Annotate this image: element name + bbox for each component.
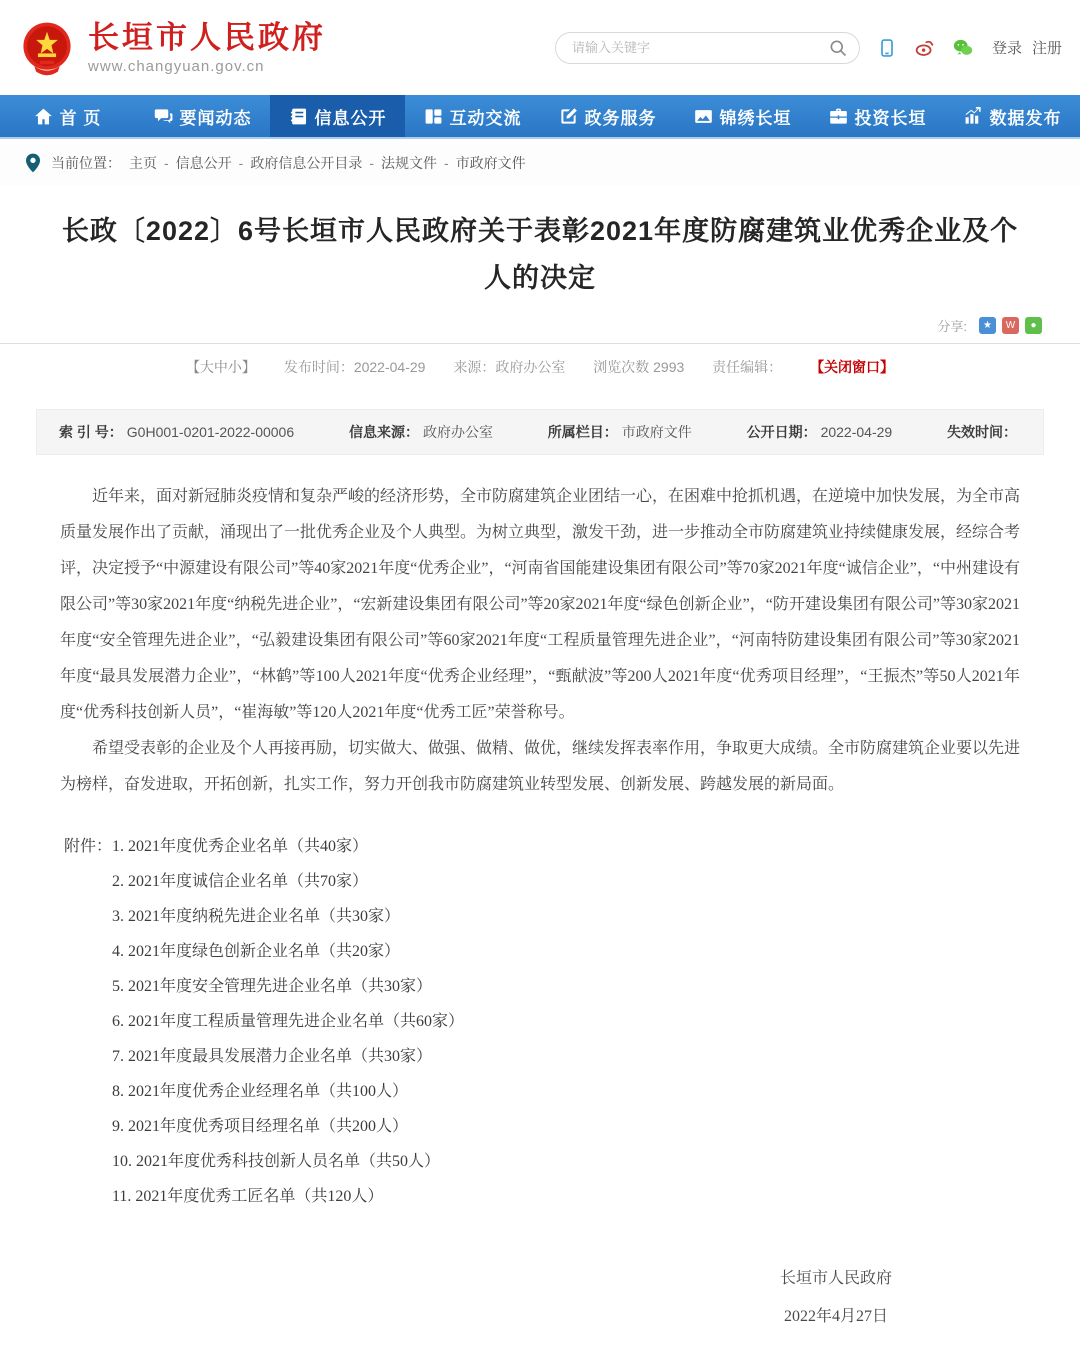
site-url: www.changyuan.gov.cn bbox=[88, 58, 326, 75]
breadcrumb-city-gov-docs[interactable]: 市政府文件 bbox=[456, 153, 526, 173]
briefcase-icon bbox=[829, 107, 848, 126]
expire-date: 失效时间： bbox=[947, 422, 1021, 442]
attachment-item-7[interactable]: 7. 2021年度最具发展潜力企业名单（共30家） bbox=[112, 1039, 464, 1074]
article-meta-bar: 【大中小】 发布时间：2022-04-29 来源：政府办公室 浏览次数 2993… bbox=[0, 343, 1080, 389]
attachments-label: 附件： bbox=[64, 829, 112, 1214]
attachment-item-5[interactable]: 5. 2021年度安全管理先进企业名单（共30家） bbox=[112, 969, 464, 1004]
search-icon[interactable] bbox=[827, 37, 849, 59]
attachment-item-1[interactable]: 1. 2021年度优秀企业名单（共40家） bbox=[112, 829, 464, 864]
national-emblem-icon bbox=[18, 19, 76, 77]
breadcrumb-label: 当前位置： bbox=[51, 153, 121, 173]
paragraph-2: 希望受表彰的企业及个人再接再励，切实做大、做强、做精、做优，继续发挥表率作用，争… bbox=[60, 731, 1020, 803]
breadcrumb-separator: - bbox=[369, 155, 374, 171]
home-icon bbox=[34, 107, 53, 126]
nav-label: 信息公开 bbox=[315, 104, 387, 129]
attachment-item-2[interactable]: 2. 2021年度诚信企业名单（共70家） bbox=[112, 864, 464, 899]
wechat-icon[interactable] bbox=[952, 37, 974, 59]
speech-bubbles-icon bbox=[154, 107, 173, 126]
breadcrumb-home[interactable]: 主页 bbox=[129, 153, 157, 173]
index-number: 索 引 号：G0H001-0201-2022-00006 bbox=[59, 422, 294, 442]
attachments-list: 1. 2021年度优秀企业名单（共40家） 2. 2021年度诚信企业名单（共7… bbox=[112, 829, 464, 1214]
picture-icon bbox=[694, 107, 713, 126]
login-link[interactable]: 登录 bbox=[992, 40, 1022, 57]
document-index-bar: 索 引 号：G0H001-0201-2022-00006 信息来源：政府办公室 … bbox=[36, 409, 1044, 455]
info-source: 信息来源：政府办公室 bbox=[349, 422, 493, 442]
signature-date: 2022年4月27日 bbox=[780, 1298, 892, 1336]
share-weibo-icon[interactable]: W bbox=[1002, 317, 1019, 334]
nav-label: 要闻动态 bbox=[180, 104, 252, 129]
nav-item-interaction[interactable]: 互动交流 bbox=[405, 95, 540, 137]
attachments-section: 附件： 1. 2021年度优秀企业名单（共40家） 2. 2021年度诚信企业名… bbox=[0, 803, 1080, 1214]
signature-org: 长垣市人民政府 bbox=[780, 1260, 892, 1298]
breadcrumb: 当前位置： 主页 - 信息公开 - 政府信息公开目录 - 法规文件 - 市政府文… bbox=[0, 139, 1080, 186]
share-label: 分享: bbox=[937, 316, 967, 335]
site-name: 长垣市人民政府 bbox=[88, 21, 326, 55]
attachment-item-11[interactable]: 11. 2021年度优秀工匠名单（共120人） bbox=[112, 1179, 464, 1214]
mobile-version-icon[interactable] bbox=[876, 37, 898, 59]
signature-block: 长垣市人民政府 2022年4月27日 bbox=[0, 1214, 1080, 1362]
location-pin-icon bbox=[25, 153, 41, 173]
page-title: 长政〔2022〕6号长垣市人民政府关于表彰2021年度防腐建筑业优秀企业及个人的… bbox=[0, 186, 1080, 302]
breadcrumb-separator: - bbox=[239, 155, 244, 171]
nav-item-info-disclosure[interactable]: 信息公开 bbox=[270, 95, 405, 137]
site-header: 长垣市人民政府 www.changyuan.gov.cn bbox=[0, 0, 1080, 95]
breadcrumb-catalog[interactable]: 政府信息公开目录 bbox=[250, 153, 362, 173]
nav-item-invest-changyuan[interactable]: 投资长垣 bbox=[810, 95, 945, 137]
search-box bbox=[555, 32, 860, 64]
publish-time: 发布时间：2022-04-29 bbox=[284, 359, 426, 375]
nav-item-gov-services[interactable]: 政务服务 bbox=[540, 95, 675, 137]
share-wechat-icon[interactable]: ● bbox=[1025, 317, 1042, 334]
attachment-item-6[interactable]: 6. 2021年度工程质量管理先进企业名单（共60家） bbox=[112, 1004, 464, 1039]
nav-item-data-release[interactable]: 数据发布 bbox=[945, 95, 1080, 137]
nav-item-news[interactable]: 要闻动态 bbox=[135, 95, 270, 137]
share-row: 分享: ★ W ● bbox=[0, 302, 1080, 343]
edit-square-icon bbox=[559, 107, 578, 126]
source: 来源：政府办公室 bbox=[453, 359, 565, 375]
nav-label: 锦绣长垣 bbox=[720, 104, 792, 129]
nav-item-home[interactable]: 首 页 bbox=[0, 95, 135, 137]
nav-label: 互动交流 bbox=[450, 104, 522, 129]
nav-label: 首 页 bbox=[60, 104, 102, 129]
document-body: 近年来，面对新冠肺炎疫情和复杂严峻的经济形势，全市防腐建筑企业团结一心，在困难中… bbox=[0, 455, 1080, 803]
breadcrumb-separator: - bbox=[164, 155, 169, 171]
close-window-button[interactable]: 【关闭窗口】 bbox=[810, 359, 894, 375]
page: 长垣市人民政府 www.changyuan.gov.cn bbox=[0, 0, 1080, 1362]
publish-date: 公开日期：2022-04-29 bbox=[747, 422, 893, 442]
attachment-item-9[interactable]: 9. 2021年度优秀项目经理名单（共200人） bbox=[112, 1109, 464, 1144]
nav-item-splendid-changyuan[interactable]: 锦绣长垣 bbox=[675, 95, 810, 137]
chart-icon bbox=[964, 107, 983, 126]
register-link[interactable]: 注册 bbox=[1032, 40, 1062, 57]
editor: 责任编辑： bbox=[712, 359, 782, 375]
view-count: 浏览次数 2993 bbox=[593, 359, 684, 375]
search-input[interactable] bbox=[572, 40, 827, 55]
attachment-item-10[interactable]: 10. 2021年度优秀科技创新人员名单（共50人） bbox=[112, 1144, 464, 1179]
breadcrumb-info-disclosure[interactable]: 信息公开 bbox=[176, 153, 232, 173]
breadcrumb-separator: - bbox=[444, 155, 449, 171]
nav-label: 数据发布 bbox=[990, 104, 1062, 129]
paragraph-1: 近年来，面对新冠肺炎疫情和复杂严峻的经济形势，全市防腐建筑企业团结一心，在困难中… bbox=[60, 479, 1020, 731]
site-logo[interactable]: 长垣市人民政府 www.changyuan.gov.cn bbox=[18, 19, 326, 77]
attachment-item-3[interactable]: 3. 2021年度纳税先进企业名单（共30家） bbox=[112, 899, 464, 934]
breadcrumb-regulations[interactable]: 法规文件 bbox=[381, 153, 437, 173]
nav-label: 投资长垣 bbox=[855, 104, 927, 129]
weibo-icon[interactable] bbox=[914, 37, 936, 59]
main-nav: 首 页 要闻动态 信息公开 互动交流 政务服务 锦绣长垣 投资长垣 数据发布 bbox=[0, 95, 1080, 139]
nav-label: 政务服务 bbox=[585, 104, 657, 129]
font-size-control[interactable]: 【大中小】 bbox=[186, 359, 256, 375]
attachment-item-8[interactable]: 8. 2021年度优秀企业经理名单（共100人） bbox=[112, 1074, 464, 1109]
panels-icon bbox=[424, 107, 443, 126]
attachment-item-4[interactable]: 4. 2021年度绿色创新企业名单（共20家） bbox=[112, 934, 464, 969]
category-column: 所属栏目：市政府文件 bbox=[548, 422, 692, 442]
notebook-icon bbox=[289, 107, 308, 126]
share-qzone-icon[interactable]: ★ bbox=[979, 317, 996, 334]
